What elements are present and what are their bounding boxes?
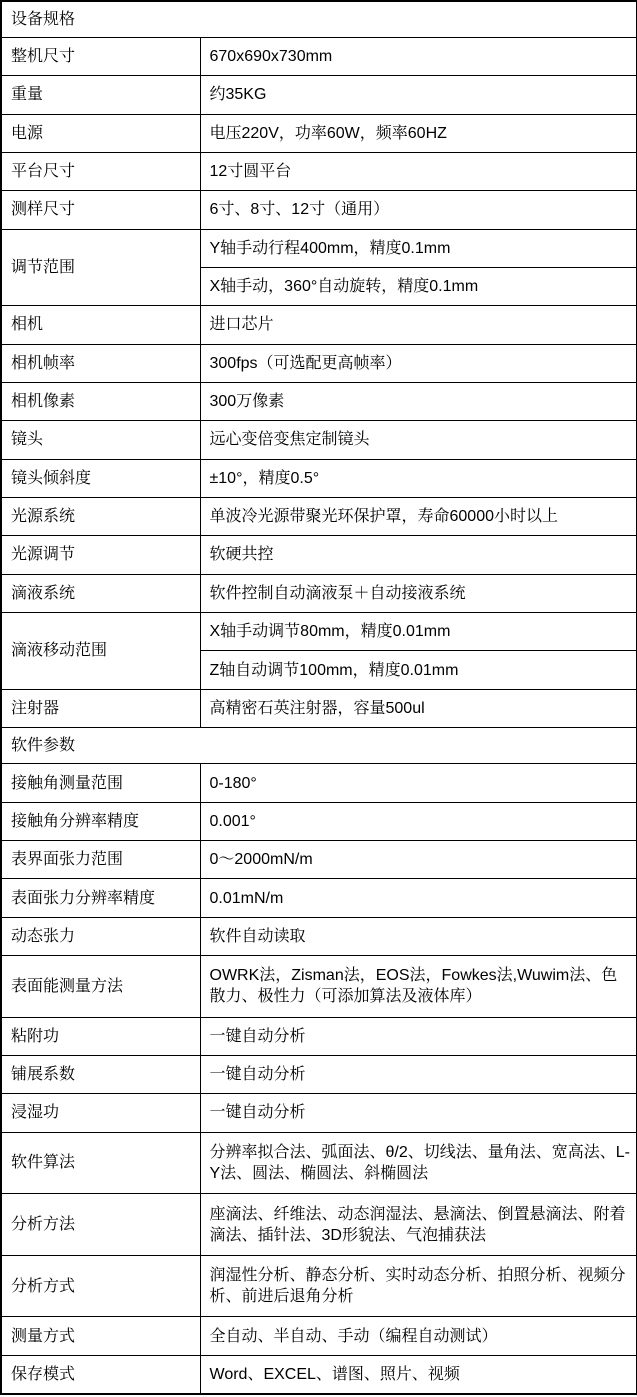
spec-label: 光源系统 — [1, 497, 200, 535]
spec-label: 电源 — [1, 114, 200, 152]
table-row: 重量约35KG — [1, 76, 637, 114]
spec-label: 整机尺寸 — [1, 37, 200, 75]
spec-label: 相机 — [1, 306, 200, 344]
table-row: 测样尺寸6寸、8寸、12寸（通用） — [1, 191, 637, 229]
spec-value: 0-180° — [200, 764, 637, 802]
spec-label: 接触角分辨率精度 — [1, 802, 200, 840]
spec-value: 约35KG — [200, 76, 637, 114]
spec-table-body: 设备规格整机尺寸670x690x730mm重量约35KG电源电压220V，功率6… — [1, 1, 637, 1394]
table-row: 动态张力软件自动读取 — [1, 917, 637, 955]
spec-value: 一键自动分析 — [200, 1055, 637, 1093]
table-row: 测量方式全自动、半自动、手动（编程自动测试） — [1, 1317, 637, 1355]
spec-sheet: 设备规格整机尺寸670x690x730mm重量约35KG电源电压220V，功率6… — [0, 0, 637, 1397]
spec-label: 相机像素 — [1, 382, 200, 420]
spec-value: 300万像素 — [200, 382, 637, 420]
spec-label: 镜头 — [1, 421, 200, 459]
table-row: 相机进口芯片 — [1, 306, 637, 344]
spec-value: 高精密石英注射器，容量500ul — [200, 689, 637, 727]
spec-value: 软硬共控 — [200, 536, 637, 574]
section-title: 设备规格 — [1, 1, 637, 37]
section-row: 软件参数 — [1, 728, 637, 764]
spec-label: 保存模式 — [1, 1355, 200, 1394]
spec-value: 670x690x730mm — [200, 37, 637, 75]
spec-label: 重量 — [1, 76, 200, 114]
table-row: 调节范围Y轴手动行程400mm，精度0.1mm — [1, 229, 637, 267]
spec-value: ±10°，精度0.5° — [200, 459, 637, 497]
spec-value: Y轴手动行程400mm，精度0.1mm — [200, 229, 637, 267]
spec-value: 软件控制自动滴液泵＋自动接液系统 — [200, 574, 637, 612]
table-row: 平台尺寸12寸圆平台 — [1, 152, 637, 190]
spec-value: 远心变倍变焦定制镜头 — [200, 421, 637, 459]
spec-label: 调节范围 — [1, 229, 200, 306]
table-row: 镜头倾斜度±10°，精度0.5° — [1, 459, 637, 497]
spec-label: 表面能测量方法 — [1, 956, 200, 1018]
spec-label: 滴液移动范围 — [1, 612, 200, 689]
spec-value: 润湿性分析、静态分析、实时动态分析、拍照分析、视频分析、前进后退角分析 — [200, 1255, 637, 1317]
spec-label: 测量方式 — [1, 1317, 200, 1355]
spec-label: 测样尺寸 — [1, 191, 200, 229]
spec-label: 分析方式 — [1, 1255, 200, 1317]
spec-label: 光源调节 — [1, 536, 200, 574]
spec-value: 分辨率拟合法、弧面法、θ/2、切线法、量角法、宽高法、L-Y法、圆法、椭圆法、斜… — [200, 1132, 637, 1194]
table-row: 电源电压220V，功率60W，频率60HZ — [1, 114, 637, 152]
spec-value: X轴手动调节80mm，精度0.01mm — [200, 612, 637, 650]
spec-value: 单波冷光源带聚光环保护罩，寿命60000小时以上 — [200, 497, 637, 535]
table-row: 表面能测量方法OWRK法，Zisman法，EOS法，Fowkes法,Wuwim法… — [1, 956, 637, 1018]
table-row: 光源系统单波冷光源带聚光环保护罩，寿命60000小时以上 — [1, 497, 637, 535]
table-row: 相机帧率300fps（可选配更高帧率） — [1, 344, 637, 382]
spec-value: 0.001° — [200, 802, 637, 840]
spec-value: 软件自动读取 — [200, 917, 637, 955]
table-row: 表界面张力范围0～2000mN/m — [1, 841, 637, 879]
section-title: 软件参数 — [1, 728, 637, 764]
spec-label: 相机帧率 — [1, 344, 200, 382]
table-row: 粘附功一键自动分析 — [1, 1017, 637, 1055]
table-row: 整机尺寸670x690x730mm — [1, 37, 637, 75]
table-row: 镜头远心变倍变焦定制镜头 — [1, 421, 637, 459]
spec-value: 电压220V，功率60W，频率60HZ — [200, 114, 637, 152]
table-row: 浸湿功一键自动分析 — [1, 1094, 637, 1132]
spec-label: 注射器 — [1, 689, 200, 727]
table-row: 表面张力分辨率精度0.01mN/m — [1, 879, 637, 917]
spec-value: 进口芯片 — [200, 306, 637, 344]
table-row: 光源调节软硬共控 — [1, 536, 637, 574]
spec-value: OWRK法，Zisman法，EOS法，Fowkes法,Wuwim法、色散力、极性… — [200, 956, 637, 1018]
spec-label: 镜头倾斜度 — [1, 459, 200, 497]
spec-value: 全自动、半自动、手动（编程自动测试） — [200, 1317, 637, 1355]
table-row: 分析方式润湿性分析、静态分析、实时动态分析、拍照分析、视频分析、前进后退角分析 — [1, 1255, 637, 1317]
spec-value: 6寸、8寸、12寸（通用） — [200, 191, 637, 229]
spec-label: 浸湿功 — [1, 1094, 200, 1132]
spec-label: 软件算法 — [1, 1132, 200, 1194]
spec-label: 动态张力 — [1, 917, 200, 955]
table-row: 保存模式Word、EXCEL、谱图、照片、视频 — [1, 1355, 637, 1394]
spec-label: 接触角测量范围 — [1, 764, 200, 802]
spec-value: Word、EXCEL、谱图、照片、视频 — [200, 1355, 637, 1394]
table-row: 软件算法分辨率拟合法、弧面法、θ/2、切线法、量角法、宽高法、L-Y法、圆法、椭… — [1, 1132, 637, 1194]
table-row: 相机像素300万像素 — [1, 382, 637, 420]
table-row: 滴液系统软件控制自动滴液泵＋自动接液系统 — [1, 574, 637, 612]
section-row: 设备规格 — [1, 1, 637, 37]
spec-label: 粘附功 — [1, 1017, 200, 1055]
spec-value: 0～2000mN/m — [200, 841, 637, 879]
spec-value: 一键自动分析 — [200, 1094, 637, 1132]
spec-label: 分析方法 — [1, 1194, 200, 1256]
spec-value: 一键自动分析 — [200, 1017, 637, 1055]
table-row: 滴液移动范围X轴手动调节80mm，精度0.01mm — [1, 612, 637, 650]
table-row: 接触角测量范围0-180° — [1, 764, 637, 802]
table-row: 铺展系数一键自动分析 — [1, 1055, 637, 1093]
spec-value: 12寸圆平台 — [200, 152, 637, 190]
spec-label: 表面张力分辨率精度 — [1, 879, 200, 917]
table-row: 注射器高精密石英注射器，容量500ul — [1, 689, 637, 727]
spec-label: 滴液系统 — [1, 574, 200, 612]
spec-value: 0.01mN/m — [200, 879, 637, 917]
spec-value: X轴手动，360°自动旋转，精度0.1mm — [200, 267, 637, 305]
spec-label: 铺展系数 — [1, 1055, 200, 1093]
spec-value: Z轴自动调节100mm，精度0.01mm — [200, 651, 637, 689]
spec-table: 设备规格整机尺寸670x690x730mm重量约35KG电源电压220V，功率6… — [0, 0, 637, 1395]
table-row: 分析方法座滴法、纤维法、动态润湿法、悬滴法、倒置悬滴法、附着滴法、插针法、3D形… — [1, 1194, 637, 1256]
table-row: 接触角分辨率精度0.001° — [1, 802, 637, 840]
spec-value: 300fps（可选配更高帧率） — [200, 344, 637, 382]
spec-label: 表界面张力范围 — [1, 841, 200, 879]
spec-label: 平台尺寸 — [1, 152, 200, 190]
spec-value: 座滴法、纤维法、动态润湿法、悬滴法、倒置悬滴法、附着滴法、插针法、3D形貌法、气… — [200, 1194, 637, 1256]
